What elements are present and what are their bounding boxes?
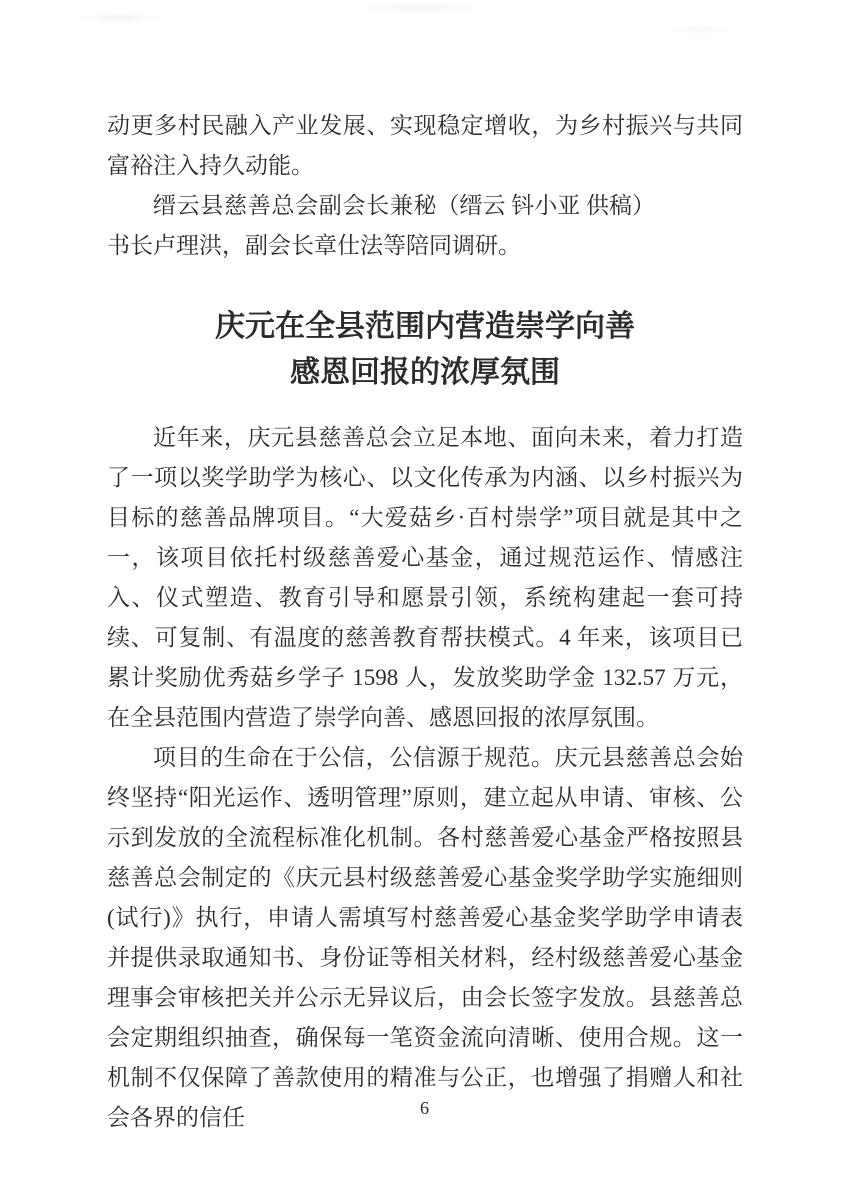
article-title-line-2: 感恩回报的浓厚氛围 [290, 356, 560, 389]
document-page: 动更多村民融入产业发展、实现稳定增收，为乡村振兴与共同富裕注入持久动能。 （缙云… [0, 0, 849, 1200]
previous-article-closing-paragraph: （缙云 钭小亚 供稿）缙云县慈善总会副会长兼秘书长卢理洪，副会长章仕法等陪同调研… [107, 186, 743, 266]
contributor-byline: （缙云 钭小亚 供稿） [437, 186, 656, 226]
page-content: 动更多村民融入产业发展、实现稳定增收，为乡村振兴与共同富裕注入持久动能。 （缙云… [107, 106, 743, 1138]
scan-noise-artifact [0, 0, 849, 80]
previous-article-continuation-paragraph: 动更多村民融入产业发展、实现稳定增收，为乡村振兴与共同富裕注入持久动能。 [107, 106, 743, 186]
article-paragraph-2: 项目的生命在于公信，公信源于规范。庆元县慈善总会始终坚持“阳光运作、透明管理”原… [107, 738, 743, 1138]
article-title: 庆元在全县范围内营造崇学向善感恩回报的浓厚氛围 [107, 304, 743, 396]
article-title-line-1: 庆元在全县范围内营造崇学向善 [215, 310, 635, 343]
article-paragraph-1: 近年来，庆元县慈善总会立足本地、面向未来，着力打造了一项以奖学助学为核心、以文化… [107, 418, 743, 738]
page-number: 6 [0, 1094, 849, 1122]
